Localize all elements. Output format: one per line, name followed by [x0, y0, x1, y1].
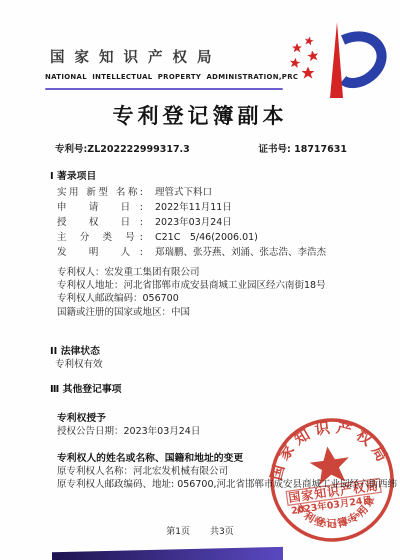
patentee-address: 专利权人地址：河北省邯郸市成安县商城工业园区经六南街18号 — [57, 279, 387, 292]
logo-wedge — [330, 22, 343, 98]
patentee-nationality: 国籍或注册的国家或地区：中国 — [57, 306, 387, 319]
seal-star — [308, 444, 352, 486]
field-label: 实用 新型 名称: — [57, 185, 143, 200]
page-total: 共3页 — [210, 524, 234, 537]
change-subheading: 专利权人的姓名或名称、国籍和地址的变更 — [57, 450, 243, 464]
header-divider — [45, 88, 283, 90]
former-patentee-name: 原专利权人名称：河北宏发机械有限公司 — [57, 463, 228, 477]
document-title: 专利登记簿副本 — [0, 100, 400, 130]
cnipa-logo — [285, 18, 391, 108]
patentee-name: 专利权人：宏发重工集团有限公司 — [57, 266, 387, 279]
patent-register-document: 国家知识产权局 NATIONAL INTELLECTUAL PROPERTY A… — [0, 0, 400, 560]
certificate-number: 证书号: 18717631 — [259, 141, 348, 155]
field-label: 授 权 日: — [57, 215, 143, 230]
field-value: 郑瑞鹏、张芬燕、刘涌、张志浩、李浩杰 — [155, 247, 326, 258]
meta-row: 专利号:ZL202222999317.3 证书号: 18717631 — [55, 141, 347, 155]
patentee-block: 专利权人：宏发重工集团有限公司 专利权人地址：河北省邯郸市成安县商城工业园区经六… — [57, 266, 387, 319]
field-row-application-date: 申 请 日:2022年11月11日 — [57, 200, 387, 215]
logo-stars — [289, 36, 319, 79]
patent-number: 专利号:ZL202222999317.3 — [55, 141, 190, 155]
field-row-classification: 主 分 类 号:C21C 5/46(2006.01) — [57, 230, 387, 245]
field-row-inventors: 发 明 人:郑瑞鹏、张芬燕、刘涌、张志浩、李浩杰 — [57, 245, 387, 260]
agency-name-en: NATIONAL INTELLECTUAL PROPERTY ADMINISTR… — [45, 73, 298, 81]
field-row-name: 实用 新型 名称:理管式下料口 — [57, 185, 387, 200]
section2-heading: II 法律状态 — [50, 343, 100, 357]
legal-status: 专利权有效 — [55, 356, 103, 370]
field-value: 2022年11月11日 — [155, 202, 232, 213]
page-number: 第1页 — [166, 524, 190, 537]
field-label: 发 明 人: — [57, 245, 143, 260]
bottom-decorative-bar — [52, 546, 283, 560]
bibliographic-fields: 实用 新型 名称:理管式下料口 申 请 日:2022年11月11日 授 权 日:… — [57, 185, 387, 260]
field-value: C21C 5/46(2006.01) — [155, 232, 258, 243]
seal-graphic: 国家知识产权局 国家知识产权局 2023年03月24日 专利登记簿专用章 110… — [257, 405, 400, 554]
field-value: 理管式下料口 — [155, 187, 212, 198]
field-row-grant-date: 授 权 日:2023年03月24日 — [57, 215, 387, 230]
logo-p-curve — [343, 36, 382, 83]
grant-announcement-date: 授权公告日期：2023年03月24日 — [57, 423, 200, 437]
grant-subheading: 专利权授予 — [57, 410, 106, 424]
section1-heading: I 著录项目 — [50, 168, 96, 182]
patentee-postcode: 专利权人邮政编码：056700 — [57, 292, 387, 305]
field-value: 2023年03月24日 — [155, 217, 232, 228]
field-label: 申 请 日: — [57, 200, 143, 215]
official-seal: 国家知识产权局 国家知识产权局 2023年03月24日 专利登记簿专用章 110… — [257, 405, 400, 554]
agency-name-cn: 国家知识产权局 — [50, 46, 222, 67]
section3-heading: Ⅲ 其他登记事项 — [50, 381, 121, 395]
field-label: 主 分 类 号: — [57, 230, 143, 245]
cnipa-logo-graphic — [285, 18, 391, 108]
